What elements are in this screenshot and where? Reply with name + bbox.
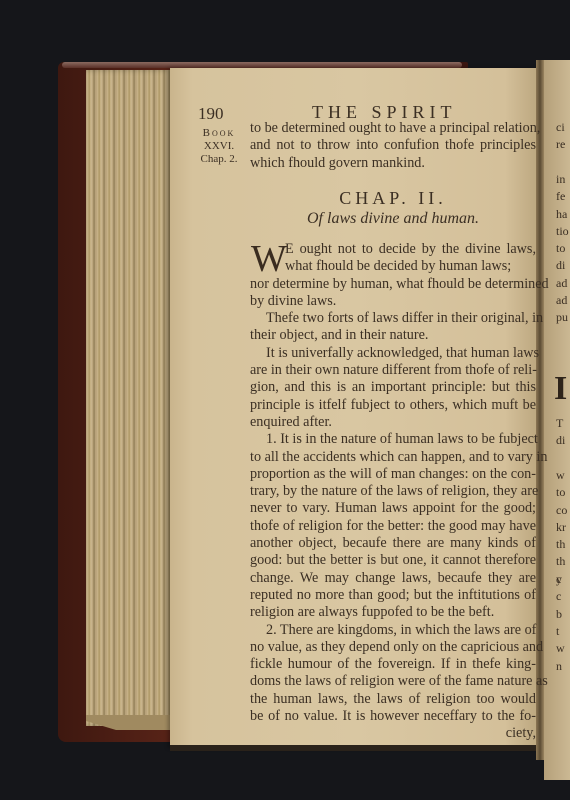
text-line: change. We may change laws, becaufe they… — [250, 570, 536, 587]
facing-page-fragment: co — [556, 503, 567, 518]
text-line: to all the accidents which can happen, a… — [250, 449, 536, 466]
facing-page-fragment: to — [556, 241, 565, 256]
text-line: are in their own nature different from t… — [250, 362, 536, 379]
text-line: no value, as they depend only on the cap… — [250, 639, 536, 656]
text-line: 1. It is in the nature of human laws to … — [250, 431, 536, 448]
text-line: proportion as the will of man changes: o… — [250, 466, 536, 483]
text-line: the human laws, the laws of religion too… — [250, 691, 536, 708]
text-line: good: but the better is but one, it cann… — [250, 552, 536, 569]
facing-page-fragment: ci — [556, 120, 565, 135]
facing-page-fragment: th — [556, 554, 565, 569]
text-line: and not to throw into confufion thofe pr… — [250, 137, 536, 154]
paragraph-5: 2. There are kingdoms, in which the laws… — [250, 622, 536, 726]
text-line: ciety, — [250, 725, 536, 742]
facing-page-fragment: to — [556, 485, 565, 500]
text-line: 2. There are kingdoms, in which the laws… — [250, 622, 536, 639]
facing-page-fragment: w — [556, 641, 565, 656]
text-line: which fhould govern mankind. — [250, 155, 536, 172]
text-line: enquired after. — [250, 414, 536, 431]
chapter-subtitle: Of laws divine and human. — [250, 210, 536, 228]
text-line: It is univerfally acknowledged, that hum… — [250, 345, 536, 362]
facing-page-fragment: in — [556, 172, 565, 187]
page-number: 190 — [198, 104, 224, 124]
facing-page-fragment: ha — [556, 207, 567, 222]
facing-page-initial: I — [554, 370, 567, 408]
text-line: by divine laws. — [250, 293, 536, 310]
facing-page-fragment: c — [556, 589, 561, 604]
facing-page-fragment: t — [556, 624, 559, 639]
paragraph-2: Thefe two forts of laws differ in their … — [250, 310, 536, 345]
facing-page-fragment: tio — [556, 224, 569, 239]
paragraph-1: nor determine by human, what fhould be d… — [250, 276, 536, 311]
facing-page-fragment: b — [556, 607, 562, 622]
text-line: to be determined ought to have a princip… — [250, 120, 536, 137]
facing-page-fragment: ad — [556, 276, 567, 291]
facing-page-fragment: di — [556, 433, 565, 448]
facing-page-fragment: di — [556, 258, 565, 273]
text-line: their object, and in their nature. — [250, 327, 536, 344]
text-line: reputed no more than good; but the infti… — [250, 587, 536, 604]
paragraph-3: It is univerfally acknowledged, that hum… — [250, 345, 536, 431]
facing-page-fragment: th — [556, 537, 565, 552]
text-line: what fhould be decided by human laws; — [285, 258, 536, 275]
facing-page-fragment: ad — [556, 293, 567, 308]
facing-page-fragment: pu — [556, 310, 568, 325]
text-line: be of no value. It is however neceffary … — [250, 708, 536, 725]
text-line: doms the laws of religion were of the fa… — [250, 673, 536, 690]
drop-cap: W — [251, 244, 287, 274]
facing-page-fragment: fe — [556, 189, 565, 204]
facing-page-fragment: kr — [556, 520, 566, 535]
text-line: E ought not to decide by the divine laws… — [285, 241, 536, 258]
chapter-title: CHAP. II. — [250, 188, 536, 209]
facing-page: cireinfehatiotodiadadpuITdiwtocokrththyc… — [544, 60, 570, 780]
book-gutter — [536, 60, 544, 760]
facing-page-fragment: w — [556, 468, 565, 483]
margin-chapter: Chap. 2. — [196, 153, 242, 166]
margin-book-number: XXVI. — [196, 140, 242, 153]
text-line: trary, by the nature of the laws of reli… — [250, 483, 536, 500]
facing-page-fragment: T — [556, 416, 563, 431]
text-line: Thefe two forts of laws differ in their … — [250, 310, 536, 327]
margin-note: Book XXVI. Chap. 2. — [196, 127, 242, 166]
facing-page-fragment: n — [556, 659, 562, 674]
paragraph-1-opening: E ought not to decide by the divine laws… — [285, 241, 536, 276]
text-line: never to vary. Human laws appoint for th… — [250, 500, 536, 517]
facing-page-fragment: re — [556, 137, 565, 152]
text-line: principle is itfelf fubject to others, w… — [250, 397, 536, 414]
text-line: another object, becaufe there are many k… — [250, 535, 536, 552]
facing-page-fragment: c — [556, 572, 561, 587]
intro-paragraph: to be determined ought to have a princip… — [250, 120, 536, 172]
paragraph-4: 1. It is in the nature of human laws to … — [250, 431, 536, 621]
text-line: gion, and this is an important principle… — [250, 379, 536, 396]
text-line: religion are always fuppofed to be the b… — [250, 604, 536, 621]
catchword: ciety, — [250, 725, 536, 742]
page-shadow — [170, 745, 542, 751]
text-line: nor determine by human, what fhould be d… — [250, 276, 536, 293]
margin-book-label: Book — [196, 127, 242, 140]
text-line: fickle humour of the fovereign. If in th… — [250, 656, 536, 673]
text-line: thofe of religion for the better: the go… — [250, 518, 536, 535]
page-edges — [86, 70, 172, 726]
